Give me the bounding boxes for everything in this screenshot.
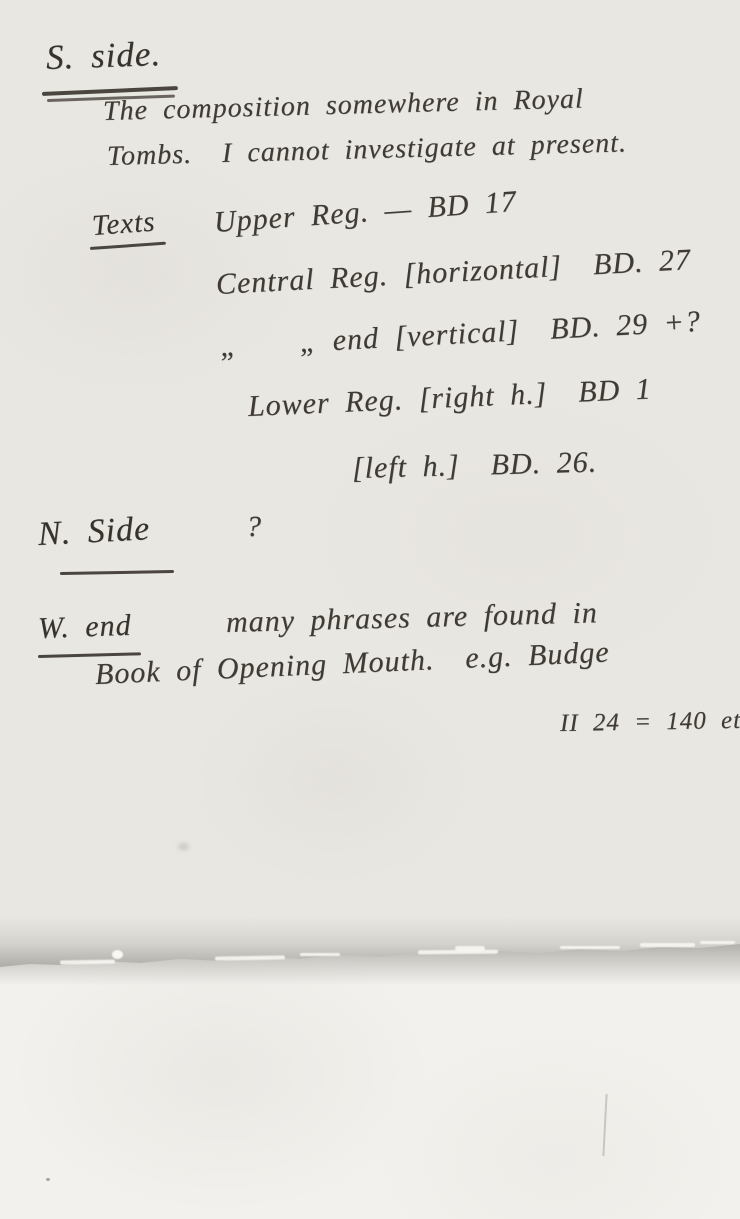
torn-edge-fiber <box>300 953 340 956</box>
paper-crease-mark <box>602 1094 607 1156</box>
torn-edge-fiber <box>640 943 695 947</box>
n-side-heading: N. Side <box>37 510 151 554</box>
w-end-citation: II 24 = 140 etc <box>560 707 740 738</box>
torn-edge-fiber <box>112 950 123 959</box>
manuscript-page: S. side. The composition somewhere in Ro… <box>0 0 740 1219</box>
w-end-heading: W. end <box>37 609 132 646</box>
texts-row-lower-reg-left: [left h.] BD. 26. <box>352 446 598 486</box>
paper-speck <box>46 1178 50 1181</box>
paper-smudge <box>178 843 189 850</box>
torn-edge-fiber <box>455 946 485 951</box>
torn-edge-fiber <box>560 946 620 949</box>
texts-label: Texts <box>91 206 157 243</box>
torn-edge-fiber <box>700 941 735 944</box>
n-side-question-mark: ? <box>246 510 262 544</box>
s-side-heading: S. side. <box>45 34 161 78</box>
